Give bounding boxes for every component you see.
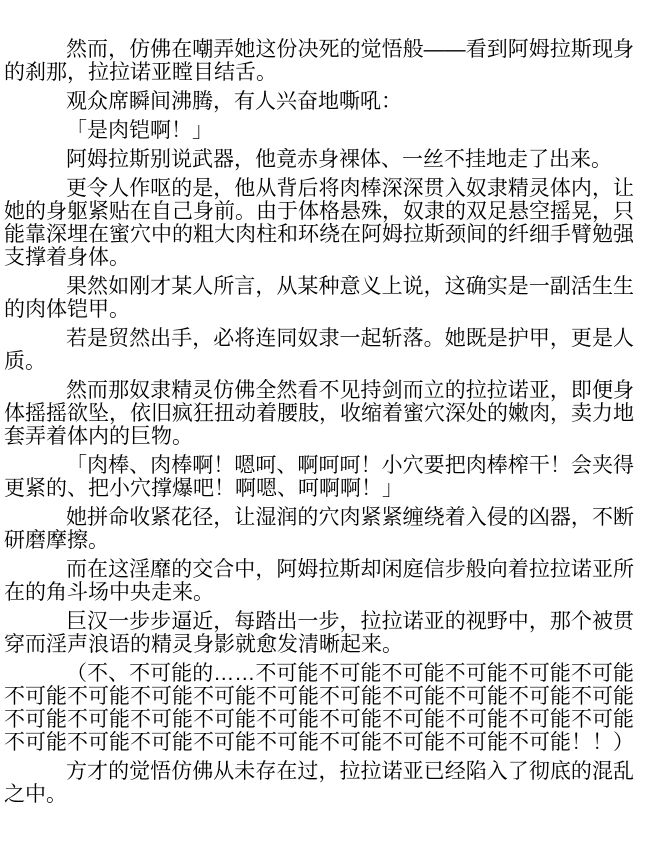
paragraph-10: 她拼命收紧花径，让湿润的穴肉紧紧缠绕着入侵的凶器，不断研磨摩擦。 (4, 506, 634, 552)
paragraph-8: 然而那奴隶精灵仿佛全然看不见持剑而立的拉拉诺亚，即便身体摇摇欲坠，依旧疯狂扭动着… (4, 379, 634, 448)
paragraph-14: 方才的觉悟仿佛从未存在过，拉拉诺亚已经陷入了彻底的混乱之中。 (4, 760, 634, 806)
paragraph-5: 更令人作呕的是，他从背后将肉棒深深贯入奴隶精灵体内，让她的身躯紧贴在自己身前。由… (4, 177, 634, 269)
paragraph-11: 而在这淫靡的交合中，阿姆拉斯却闲庭信步般向着拉拉诺亚所在的角斗场中央走来。 (4, 558, 634, 604)
paragraph-4: 阿姆拉斯别说武器，他竟赤身裸体、一丝不挂地走了出来。 (4, 148, 634, 171)
paragraph-7: 若是贸然出手，必将连同奴隶一起斩落。她既是护甲，更是人质。 (4, 327, 634, 373)
paragraph-12: 巨汉一步步逼近，每踏出一步，拉拉诺亚的视野中，那个被贯穿而淫声浪语的精灵身影就愈… (4, 610, 634, 656)
paragraph-2: 观众席瞬间沸腾，有人兴奋地嘶吼： (4, 90, 634, 113)
paragraph-9-dialogue: 「肉棒、肉棒啊！嗯呵、啊呵呵！小穴要把肉棒榨干！会夹得更紧的、把小穴撑爆吧！啊嗯… (4, 454, 634, 500)
paragraph-3-dialogue: 「是肉铠啊！」 (4, 119, 634, 142)
paragraph-1: 然而，仿佛在嘲弄她这份决死的觉悟般——看到阿姆拉斯现身的刹那，拉拉诺亚瞠目结舌。 (4, 38, 634, 84)
paragraph-13-inner-monologue: （不、不可能的……不可能不可能不可能不可能不可能不可能不可能不可能不可能不可能不… (4, 662, 634, 754)
paragraph-6: 果然如刚才某人所言，从某种意义上说，这确实是一副活生生的肉体铠甲。 (4, 275, 634, 321)
document-page: 然而，仿佛在嘲弄她这份决死的觉悟般——看到阿姆拉斯现身的刹那，拉拉诺亚瞠目结舌。… (0, 0, 650, 850)
